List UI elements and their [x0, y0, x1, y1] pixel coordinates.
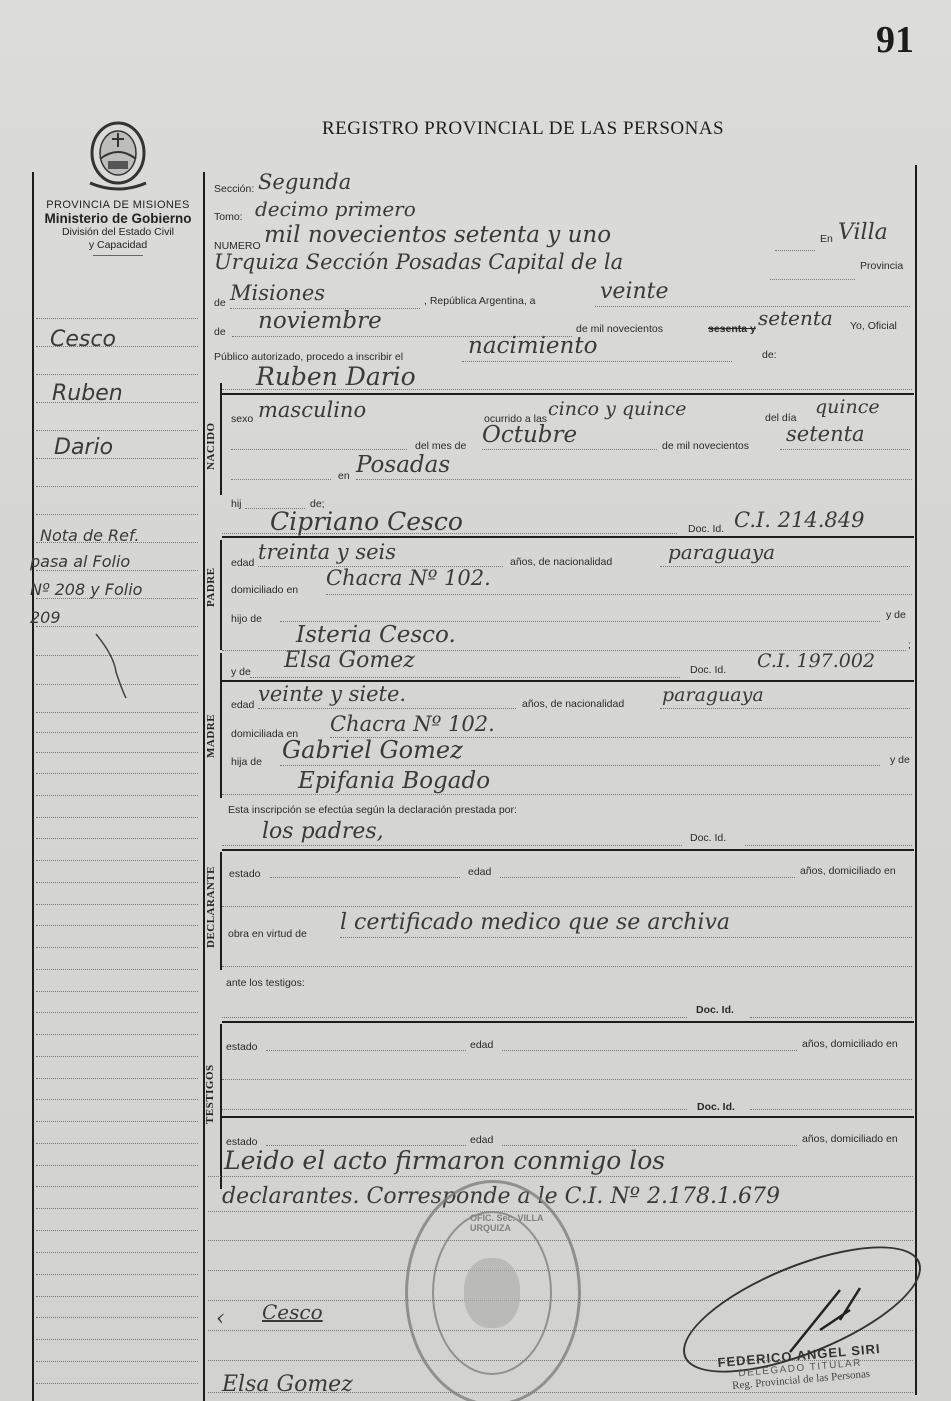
- testigos-section-label: TESTIGOS: [204, 1064, 216, 1124]
- mes-value: Octubre: [482, 422, 577, 448]
- place-value: Urquiza Sección Posadas Capital de la: [214, 250, 623, 274]
- folio-number: 91: [876, 18, 914, 62]
- mes-label: del mes de: [415, 440, 466, 452]
- madre-doc-value: C.I. 197.002: [757, 650, 875, 672]
- padre-signature-text: Cesco: [262, 1300, 323, 1324]
- testigos-edad-label: edad: [470, 1039, 493, 1051]
- margin-note-line: Nota de Ref.: [40, 526, 139, 545]
- padre-domicilio-label: domiciliado en: [231, 584, 298, 596]
- madre-signature: Elsa Gomez: [222, 1372, 353, 1397]
- dia-value: quince: [815, 396, 880, 418]
- divider: [93, 255, 143, 256]
- padre-bracket: [220, 540, 222, 650]
- numero-value: mil novecientos setenta y uno: [264, 222, 611, 248]
- padre-doc-value: C.I. 214.849: [734, 508, 864, 532]
- testigos-domicilio2-label: años, domiciliado en: [802, 1133, 898, 1145]
- padre-signature: ‹: [216, 1306, 225, 1331]
- padre-edad-value: treinta y seis: [258, 540, 396, 564]
- mes-value: noviembre: [258, 308, 382, 334]
- anio-struck: sesenta y: [708, 323, 756, 335]
- testigos-estado-label: estado: [226, 1041, 258, 1053]
- de-label: de: [214, 297, 226, 309]
- sexo-label: sexo: [231, 413, 253, 425]
- provincia-label: Provincia: [860, 260, 903, 272]
- semicolon: ;: [908, 639, 911, 651]
- padre-doc-label: Doc. Id.: [688, 523, 724, 535]
- hora-value: cinco y quince: [548, 398, 686, 420]
- section-rule: [222, 393, 914, 395]
- en-label: En: [820, 233, 833, 245]
- ministry-header: PROVINCIA DE MISIONES Ministerio de Gobi…: [34, 199, 202, 256]
- madre-madre-value: Epifania Bogado: [298, 768, 490, 794]
- right-border: [915, 165, 917, 1395]
- misiones-coat-of-arms-icon: [84, 115, 152, 191]
- madre-nacionalidad-value: paraguaya: [662, 684, 764, 706]
- testigos-doc-label: Doc. Id.: [697, 1101, 735, 1113]
- padre-section-label: PADRE: [205, 567, 217, 607]
- declarante-doc-label: Doc. Id.: [696, 1004, 734, 1016]
- madre-yde2-label: y de: [890, 754, 910, 766]
- lugar-label: en: [338, 470, 350, 482]
- section-rule: [222, 536, 914, 538]
- padre-anios-label: años, de nacionalidad: [510, 556, 612, 568]
- padre-padres-value: Isteria Cesco.: [296, 622, 456, 648]
- acto-value: nacimiento: [468, 333, 597, 359]
- registry-document-page: 91 REGISTRO PROVINCIAL DE LAS PERSONAS P…: [0, 0, 951, 1401]
- padre-edad-label: edad: [231, 557, 254, 569]
- madre-section-label: MADRE: [205, 714, 217, 758]
- madre-yde-label: y de: [231, 666, 251, 678]
- margin-first-name: Ruben: [52, 381, 123, 406]
- padre-yde-label: y de: [886, 609, 906, 621]
- margin-pen-stroke-icon: [92, 632, 132, 702]
- madre-edad-label: edad: [231, 699, 254, 711]
- padre-hijo-label: hijo de: [231, 613, 262, 625]
- padre-nacionalidad-value: paraguaya: [668, 540, 775, 564]
- section-rule: [222, 849, 914, 851]
- seal-emblem-icon: [464, 1258, 520, 1328]
- declarante-edad-label: edad: [468, 866, 491, 878]
- republica-label: , República Argentina, a: [424, 295, 536, 307]
- section-rule: [222, 1021, 914, 1023]
- declarante-domicilio-label: años, domiciliado en: [800, 865, 896, 877]
- seal-inner-ring: [432, 1211, 552, 1375]
- division-name-2: y Capacidad: [34, 239, 202, 252]
- lugar-value: Posadas: [356, 452, 450, 478]
- declarante-obra-label: obra en virtud de: [228, 928, 307, 940]
- tomo-label: Tomo:: [214, 211, 243, 223]
- margin-note-line: pasa al Folio: [30, 552, 130, 571]
- province-name: PROVINCIA DE MISIONES: [34, 199, 202, 211]
- official-seal-stamp: OFIC. Sec. VILLA URQUIZA: [405, 1180, 581, 1401]
- seal-inner-text: OFIC. Sec. VILLA URQUIZA: [470, 1213, 578, 1233]
- declaracion-doc-label: Doc. Id.: [690, 832, 726, 844]
- declarante-section-label: DECLARANTE: [205, 866, 217, 948]
- dia-value: veinte: [600, 279, 669, 304]
- nacido-section-label: NACIDO: [205, 422, 217, 470]
- section-rule: [222, 1116, 914, 1118]
- ministry-name: Ministerio de Gobierno: [34, 211, 202, 226]
- hij-label: hij: [231, 498, 242, 510]
- margin-note-line: 209: [30, 608, 61, 627]
- document-title: REGISTRO PROVINCIAL DE LAS PERSONAS: [322, 118, 724, 140]
- madre-hija-label: hija de: [231, 756, 262, 768]
- madre-domicilio-value: Chacra Nº 102.: [330, 712, 495, 736]
- en-value: Villa: [838, 220, 888, 245]
- declarante-estado-label: estado: [229, 868, 261, 880]
- tomo-value: decimo primero: [255, 197, 416, 221]
- anio-value: setenta: [758, 306, 833, 330]
- mes-label: de: [214, 326, 226, 338]
- declarante-obra-value: l certificado medico que se archiva: [340, 910, 730, 935]
- oficial-label: Yo, Oficial: [850, 320, 897, 332]
- testigos-bracket: [220, 1024, 222, 1189]
- de2-label: de:: [762, 349, 777, 361]
- madre-doc-label: Doc. Id.: [690, 664, 726, 676]
- nacido-nombre: Ruben Dario: [256, 362, 416, 391]
- margin-second-name: Dario: [54, 435, 113, 460]
- closing-line-1: Leido el acto firmaron conmigo los: [224, 1146, 665, 1175]
- padre-domicilio-value: Chacra Nº 102.: [326, 566, 491, 590]
- madre-edad-value: veinte y siete.: [258, 682, 406, 706]
- provincia-value: Misiones: [230, 281, 325, 305]
- seccion-value: Segunda: [258, 170, 351, 194]
- margin-column-border: [203, 172, 205, 1401]
- left-margin-border: [32, 172, 34, 1401]
- sexo-value: masculino: [258, 398, 366, 422]
- nacido-bracket: [220, 383, 222, 495]
- anio-value: setenta: [786, 422, 865, 446]
- margin-surname: Cesco: [50, 327, 116, 352]
- seccion-label: Sección:: [214, 183, 254, 195]
- division-name: División del Estado Civil: [34, 226, 202, 239]
- padre-nombre: Cipriano Cesco: [270, 507, 463, 536]
- declaracion-text: Esta inscripción se efectúa según la dec…: [228, 804, 517, 816]
- testigos-domicilio-label: años, domiciliado en: [802, 1038, 898, 1050]
- declarante-bracket: [220, 852, 222, 970]
- madre-nombre: Elsa Gomez: [284, 648, 415, 673]
- madre-padre-value: Gabriel Gomez: [282, 736, 463, 764]
- margin-note-line: Nº 208 y Folio: [30, 580, 142, 599]
- madre-bracket: [220, 653, 222, 798]
- anio-label: de mil novecientos: [662, 440, 749, 452]
- madre-anios-label: años, de nacionalidad: [522, 698, 624, 710]
- declaracion-por-value: los padres,: [262, 819, 384, 844]
- testigos-edad2-label: edad: [470, 1134, 493, 1146]
- declarante-testigos-label: ante los testigos:: [226, 977, 305, 989]
- margin-rule: [36, 318, 198, 319]
